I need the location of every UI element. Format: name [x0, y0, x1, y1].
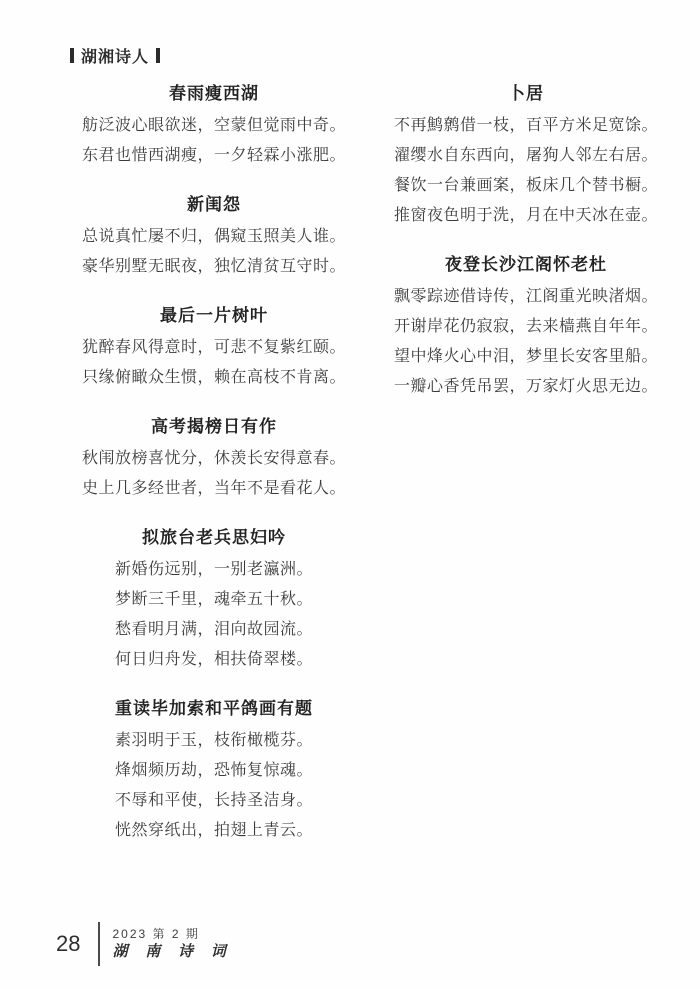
poem-line: 烽烟频历劫，恐怖复惊魂。 — [78, 756, 350, 786]
poem-line: 何日归舟发，相扶倚翠楼。 — [78, 645, 350, 675]
poem-yedeng-changsha-jiangge: 夜登长沙江阁怀老杜 飘零踪迹借诗传，江阁重光映渚烟。 开谢岸花仍寂寂，去来樯燕自… — [390, 253, 662, 402]
poem-line: 舫泛波心眼欲迷，空蒙但觉雨中奇。 — [78, 111, 350, 141]
header-right-bar-icon — [156, 48, 160, 63]
poem-line: 一瓣心香凭吊罢，万家灯火思无边。 — [390, 372, 662, 402]
section-header-label: 湖湘诗人 — [81, 44, 149, 67]
journal-name: 湖 南 诗 词 — [112, 942, 232, 962]
poem-line: 不辱和平使，长持圣洁身。 — [78, 786, 350, 816]
poem-title: 重读毕加索和平鸽画有题 — [78, 697, 350, 720]
poem-gaokao-jiebang: 高考揭榜日有作 秋闱放榜喜忧分，休羡长安得意春。 史上几多经世者，当年不是看花人… — [78, 415, 350, 504]
poem-line: 豪华别墅无眠夜，独忆清贫互守时。 — [78, 252, 350, 282]
poem-line: 濯缨水自东西向，屠狗人邻左右居。 — [390, 141, 662, 171]
poem-title: 最后一片树叶 — [78, 304, 350, 327]
poem-line: 素羽明于玉，枝衔橄榄芬。 — [78, 726, 350, 756]
poem-title: 新闺怨 — [78, 193, 350, 216]
poem-bu-ju: 卜居 不再鹪鹩借一枝，百平方米足宽馀。 濯缨水自东西向，屠狗人邻左右居。 餐饮一… — [390, 82, 662, 231]
poem-line: 餐饮一台兼画案，板床几个替书橱。 — [390, 171, 662, 201]
section-header: 湖湘诗人 — [70, 44, 160, 67]
poem-ni-lvtai-laobing: 拟旅台老兵思妇吟 新婚伤远别，一别老瀛洲。 梦断三千里，魂牵五十秋。 愁看明月满… — [78, 526, 350, 675]
poem-xin-gui-yuan: 新闺怨 总说真忙屡不归，偶窥玉照美人谁。 豪华别墅无眠夜，独忆清贫互守时。 — [78, 193, 350, 282]
right-column: 卜居 不再鹪鹩借一枝，百平方米足宽馀。 濯缨水自东西向，屠狗人邻左右居。 餐饮一… — [390, 82, 662, 424]
poem-line: 不再鹪鹩借一枝，百平方米足宽馀。 — [390, 111, 662, 141]
poem-title: 春雨瘦西湖 — [78, 82, 350, 105]
page-number: 28 — [56, 920, 98, 968]
poem-line: 望中烽火心中泪，梦里长安客里船。 — [390, 342, 662, 372]
header-left-bar-icon — [70, 48, 74, 63]
footer-meta: 2023 第 2 期 湖 南 诗 词 — [100, 920, 232, 968]
poem-line: 愁看明月满，泪向故园流。 — [78, 615, 350, 645]
poem-chunyu-shou-xihu: 春雨瘦西湖 舫泛波心眼欲迷，空蒙但觉雨中奇。 东君也惜西湖瘦，一夕轻霖小涨肥。 — [78, 82, 350, 171]
poem-zuihou-yipian-shuye: 最后一片树叶 犹醉春风得意时，可悲不复紫红颐。 只缘俯瞰众生惯，赖在高枝不肯离。 — [78, 304, 350, 393]
poem-line: 新婚伤远别，一别老瀛洲。 — [78, 555, 350, 585]
poem-line: 秋闱放榜喜忧分，休羡长安得意春。 — [78, 444, 350, 474]
issue-label: 2023 第 2 期 — [112, 926, 232, 942]
poem-line: 只缘俯瞰众生惯，赖在高枝不肯离。 — [78, 363, 350, 393]
poem-line: 犹醉春风得意时，可悲不复紫红颐。 — [78, 333, 350, 363]
poem-line: 史上几多经世者，当年不是看花人。 — [78, 474, 350, 504]
poem-line: 恍然穿纸出，拍翅上青云。 — [78, 816, 350, 846]
poem-line: 东君也惜西湖瘦，一夕轻霖小涨肥。 — [78, 141, 350, 171]
left-column: 春雨瘦西湖 舫泛波心眼欲迷，空蒙但觉雨中奇。 东君也惜西湖瘦，一夕轻霖小涨肥。 … — [78, 82, 350, 868]
poem-line: 梦断三千里，魂牵五十秋。 — [78, 585, 350, 615]
poem-title: 夜登长沙江阁怀老杜 — [390, 253, 662, 276]
poem-line: 开谢岸花仍寂寂，去来樯燕自年年。 — [390, 312, 662, 342]
poem-title: 拟旅台老兵思妇吟 — [78, 526, 350, 549]
poem-line: 飘零踪迹借诗传，江阁重光映渚烟。 — [390, 282, 662, 312]
poem-line: 推窗夜色明于洗，月在中天冰在壶。 — [390, 201, 662, 231]
page-footer: 28 2023 第 2 期 湖 南 诗 词 — [56, 920, 233, 968]
magazine-page: 湖湘诗人 春雨瘦西湖 舫泛波心眼欲迷，空蒙但觉雨中奇。 东君也惜西湖瘦，一夕轻霖… — [0, 0, 700, 989]
poem-chongdu-bijiasuo: 重读毕加索和平鸽画有题 素羽明于玉，枝衔橄榄芬。 烽烟频历劫，恐怖复惊魂。 不辱… — [78, 697, 350, 846]
poem-title: 高考揭榜日有作 — [78, 415, 350, 438]
poem-line: 总说真忙屡不归，偶窥玉照美人谁。 — [78, 222, 350, 252]
poem-title: 卜居 — [390, 82, 662, 105]
